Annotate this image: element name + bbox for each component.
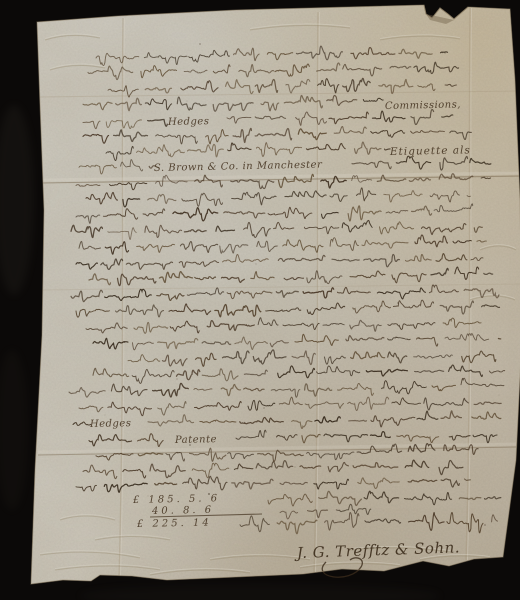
legible-word: Etiquette als — [389, 144, 471, 158]
legible-word: Commissions, — [385, 99, 461, 112]
legible-word: Patente — [174, 434, 217, 446]
letter-photograph: Commissions,HedgesEtiquette alsS. Brown … — [0, 0, 520, 600]
legible-word: Hedges — [167, 116, 210, 128]
legible-word: Hedges — [89, 418, 132, 430]
legible-word: £ 225. 14 — [136, 517, 212, 530]
photo: Commissions,HedgesEtiquette alsS. Brown … — [0, 0, 520, 600]
